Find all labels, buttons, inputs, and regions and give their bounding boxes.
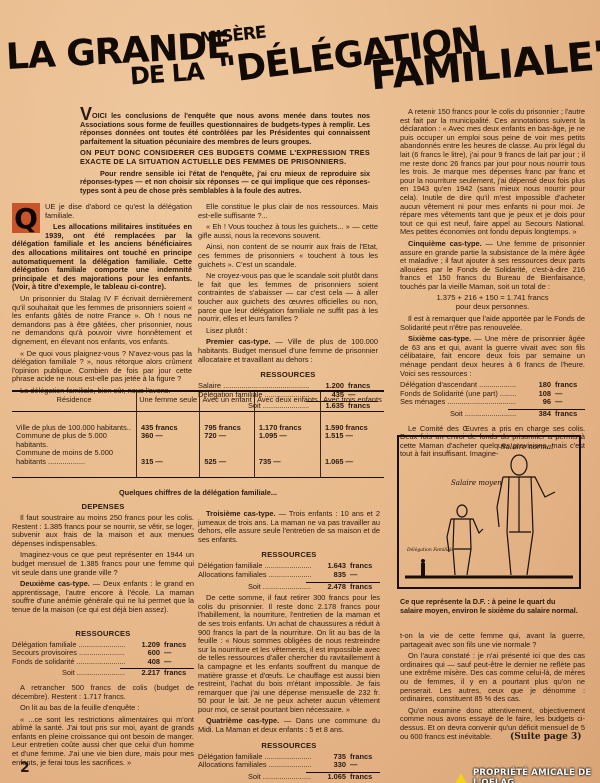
delegation-table: Résidence Une femme seule Avec un enfant… <box>12 390 384 497</box>
ledger-label: Fonds de Solidarité (une part) <box>400 390 516 399</box>
lower1-p2: Imaginez-vous ce que peut représenter en… <box>12 551 194 577</box>
watermark: PROPRIÉTÉ AMICALE DE L'OFLAG <box>455 768 600 783</box>
ledger-total-unit: francs <box>346 773 380 782</box>
ledger-total-value: 1.065 <box>311 773 346 782</box>
ledger-label: Délégation familiale <box>12 641 125 650</box>
ledger-unit: — <box>346 761 380 770</box>
resources-title: RESSOURCES <box>198 741 380 750</box>
ledger-label: Allocations familiales <box>198 761 311 770</box>
ledger-total-value: 384 <box>516 410 551 419</box>
ledger-total: Soit384francs <box>400 410 585 419</box>
table-cell: 360 — <box>137 432 200 449</box>
table-header-row: Résidence Une femme seule Avec un enfant… <box>12 392 384 411</box>
drop-cap: Q <box>12 203 40 233</box>
column-3-continued: t-on la vie de cette femme qui, avant la… <box>400 632 585 744</box>
case5-text: — Une femme de prisonnier assure en gran… <box>400 239 585 291</box>
lower1-p4: On lit au bas de la feuille d'enquête : <box>12 704 194 713</box>
col3-p2: Il est à remarquer que l'aide apportée p… <box>400 315 585 332</box>
table-cell: 1.515 — <box>320 432 384 449</box>
table-header: Avec un enfant <box>200 392 255 411</box>
ledger-label: Ses ménages <box>400 398 516 407</box>
ledger-row: Fonds de solidarité408— <box>12 658 194 667</box>
lower2-p1: De cette somme, il faut retirer 300 fran… <box>198 594 380 714</box>
table-header: Résidence <box>12 392 137 411</box>
table-header: Une femme seule <box>137 392 200 411</box>
ledger-row: Ses ménages96— <box>400 398 585 407</box>
resources-title: RESSOURCES <box>12 629 194 638</box>
ledger-case-3: Délégation familiale1.643francs Allocati… <box>198 562 380 591</box>
col1-p2: Les allocations militaires instituées en… <box>12 223 192 292</box>
page-number: 2 <box>20 760 30 776</box>
ledger-total: Soit2.217francs <box>12 669 194 678</box>
intro-p1: OICI les conclusions de l'enquête que no… <box>80 111 370 146</box>
ledger-total-value: 2.478 <box>311 583 346 592</box>
col2-p3: Ainsi, non content de se nourrir aux fra… <box>198 243 378 269</box>
illustration-caption: Ce que représente la D.F. : à peine le q… <box>400 598 580 615</box>
ledger-label: Délégation d'ascendant <box>400 381 516 390</box>
figures-drawing: Salaire normal Salaire moyen Délégation … <box>399 437 579 587</box>
tiny-man-figure <box>421 559 425 576</box>
intro-block: VOICI les conclusions de l'enquête que n… <box>80 112 370 195</box>
equation-sub: pour deux personnes. <box>400 303 585 312</box>
ledger-total-value: 2.217 <box>125 669 160 678</box>
equation: 1.375 + 216 + 150 = 1.741 francs pour de… <box>400 294 585 312</box>
table-row: Commune de plus de 5.000 habitants. 360 … <box>12 432 384 449</box>
column-3: A retenir 150 francs pour le colis du pr… <box>400 108 585 462</box>
resources-title: RESSOURCES <box>198 370 378 379</box>
col3b-p2: On l'aura constaté : je n'ai présenté ic… <box>400 652 585 704</box>
ledger-value: 96 <box>516 398 551 407</box>
ledger-case-2: Délégation familiale1.209francs Secours … <box>12 641 194 678</box>
ledger-total-unit: francs <box>160 669 194 678</box>
table-header: Avec trois enfants <box>320 392 384 411</box>
table-cell: 735 — <box>254 449 320 476</box>
medium-man-figure <box>447 505 483 575</box>
table-cell: 1.065 — <box>320 449 384 476</box>
ledger-label: Allocations familiales <box>198 571 311 580</box>
ledger-label: Secours provisoires <box>12 649 125 658</box>
ledger-total: Soit1.065francs <box>198 773 380 782</box>
table-cell: 525 — <box>200 449 255 476</box>
ledger-total-label: Soit <box>12 669 125 678</box>
table-cell: 1.590 francs <box>320 412 384 433</box>
headline-part-1b: MISÈRE <box>199 25 266 49</box>
column-1: Q UE je dise d'abord ce qu'est la déléga… <box>12 203 192 398</box>
resources-title: RESSOURCES <box>198 550 380 559</box>
ledger-label: Délégation familiale <box>198 562 311 571</box>
ledger-unit: — <box>160 658 194 667</box>
table-cell: 435 francs <box>137 412 200 433</box>
col1-p3: Un prisonnier du Stalag IV F écrivait de… <box>12 295 192 347</box>
ledger-case-4: Délégation familiale735francs Allocation… <box>198 753 380 782</box>
ledger-label: Délégation familiale <box>198 753 311 762</box>
table-bottom-rule <box>12 477 384 478</box>
table-cell-residence: Commune de plus de 5.000 habitants. <box>12 432 137 449</box>
ledger-row: Allocations familiales330— <box>198 761 380 770</box>
col2-p5: Lisez plutôt : <box>198 327 378 336</box>
ledger-unit: — <box>346 571 380 580</box>
ledger-total: Soit2.478francs <box>198 583 380 592</box>
lower1-p5: « ...ce sont les restrictions alimentair… <box>12 716 194 768</box>
table-row: Commune de moins de 5.000 habitants ....… <box>12 449 384 476</box>
warning-icon <box>455 773 467 783</box>
lower-column-1: DEPENSES Il faut soustraire au moins 250… <box>12 502 194 770</box>
lower1-p1: Il faut soustraire au moins 250 francs p… <box>12 514 194 548</box>
col1-p4: « De quoi vous plaignez-vous ? N'avez-vo… <box>12 350 192 384</box>
lower1-p3: A retrancher 500 francs de colis (budget… <box>12 684 194 701</box>
column-2: Elle constitue le plus clair de nos ress… <box>198 203 378 411</box>
table-header: Avec deux enfants <box>254 392 320 411</box>
ledger-value: 835 <box>311 571 346 580</box>
table-row: Ville de plus de 100.000 habitants.. 435… <box>12 412 384 433</box>
table-cell: 1.170 francs <box>254 412 320 433</box>
tall-man-figure <box>497 455 555 575</box>
ledger-case-6: Délégation d'ascendant180francs Fonds de… <box>400 381 585 418</box>
intro-p3: Pour rendre sensible ici l'état de l'enq… <box>80 170 370 196</box>
table-caption: Quelques chiffres de la délégation famil… <box>12 488 384 497</box>
table-cell: 315 — <box>137 449 200 476</box>
ledger-total-unit: francs <box>551 410 585 419</box>
table-cell: 720 — <box>200 432 255 449</box>
ledger-row: Allocations familiales835— <box>198 571 380 580</box>
table-cell-residence: Ville de plus de 100.000 habitants.. <box>12 412 137 433</box>
salary-illustration: Salaire normal Salaire moyen Délégation … <box>397 435 581 589</box>
table-cell: 1.095 — <box>254 432 320 449</box>
ledger-value: 330 <box>311 761 346 770</box>
col2-p4: Ne croyez-vous pas que le scandale soit … <box>198 272 378 324</box>
label-normal-salary: Salaire normal <box>501 443 553 451</box>
col3b-p1: t-on la vie de cette femme qui, avant la… <box>400 632 585 649</box>
intro-p2: ON PEUT DONC CONSIDERER CES BUDGETS COMM… <box>80 149 370 166</box>
continued-link[interactable]: (Suite page 3) <box>510 732 582 742</box>
ledger-value: 408 <box>125 658 160 667</box>
table-cell: 795 francs <box>200 412 255 433</box>
watermark-label: PROPRIÉTÉ AMICALE DE L'OFLAG <box>473 768 600 783</box>
ledger-total-label: Soit <box>198 773 311 782</box>
ledger-total-label: Soit <box>400 410 516 419</box>
ledger-label: Fonds de solidarité <box>12 658 125 667</box>
expenses-title: DEPENSES <box>12 502 194 511</box>
table-cell-residence: Commune de moins de 5.000 habitants ....… <box>12 449 137 476</box>
headline-part-2: DE LA <box>129 59 204 88</box>
ledger-total-unit: francs <box>346 583 380 592</box>
ledger-total-label: Soit <box>198 583 311 592</box>
label-average-salary: Salaire moyen <box>451 479 502 487</box>
label-delegation: Délégation Familiale <box>406 546 454 553</box>
lower-column-2: Troisième cas-type. — Trois enfants : 10… <box>198 500 380 781</box>
col3-p1: A retenir 150 francs pour le colis du pr… <box>400 108 585 237</box>
ledger-unit: — <box>551 398 585 407</box>
col2-p2: « Eh ! Vous touchez à tous les guichets.… <box>198 223 378 240</box>
col2-p1: Elle constitue le plus clair de nos ress… <box>198 203 378 220</box>
